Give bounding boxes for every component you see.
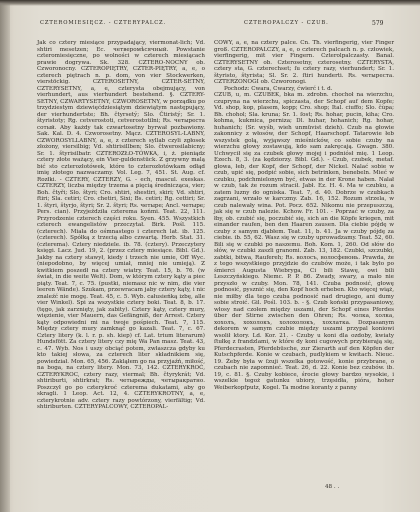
dictionary-entry-text: Jak co cztery miesiące przypadający, vie…	[37, 40, 205, 411]
right-column: COWY, a, e, na cztery palce. Cn. Th. vie…	[214, 40, 394, 391]
running-header: CZTEROMIESIĘCZ. - CZTERYPALCZ. CZTEROPAL…	[0, 20, 420, 32]
left-column: Jak co cztery miesiące przypadający, vie…	[37, 40, 205, 411]
scanned-page: CZTEROMIESIĘCZ. - CZTERYPALCZ. CZTEROPAL…	[0, 0, 420, 512]
signature-mark: 48 . .	[325, 484, 339, 490]
left-running-head: CZTEROMIESIĘCZ. - CZTERYPALCZ.	[40, 20, 166, 26]
dictionary-entry-text: COWY, a, e, na cztery palce. Cn. Th. vie…	[214, 40, 394, 86]
right-running-head: CZTEROPALCZY - CZUB.	[244, 20, 329, 26]
book-gutter	[0, 0, 10, 512]
scan-top-shadow	[0, 0, 420, 6]
dictionary-entry-text: CZUB, u, m. CZUBEK, bka m. zdrobn. choch…	[214, 92, 394, 391]
page-number: 579	[372, 20, 383, 27]
